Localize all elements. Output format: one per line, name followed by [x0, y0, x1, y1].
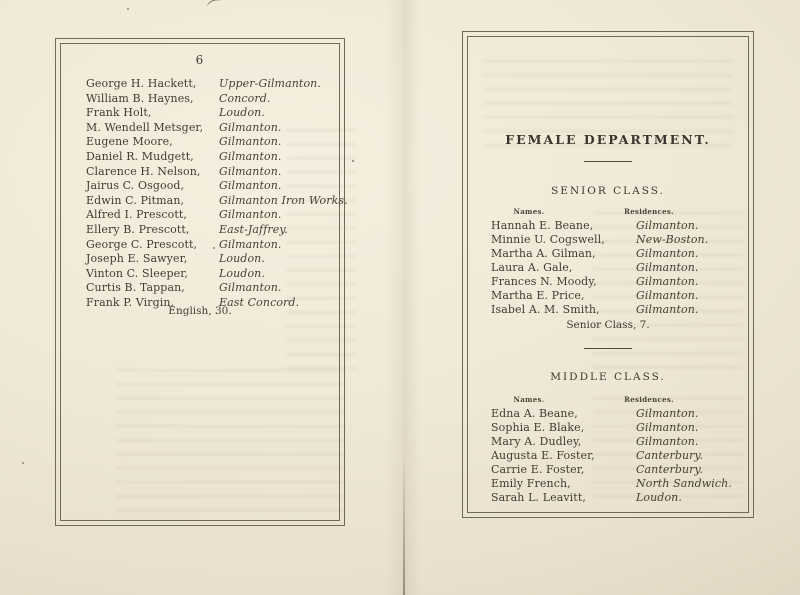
- student-name: Carrie E. Foster,: [491, 463, 636, 476]
- right-page: FEMALE DEPARTMENT. SENIOR CLASS. Names. …: [462, 31, 754, 518]
- student-row: Clarence H. Nelson,Gilmanton.: [56, 165, 344, 180]
- student-residence: Gilmanton.: [636, 275, 699, 288]
- student-residence: Gilmanton.: [219, 179, 282, 192]
- names-column-header: Names.: [489, 207, 569, 216]
- student-row: M. Wendell Metsger,Gilmanton.: [56, 121, 344, 136]
- student-name: Mary A. Dudley,: [491, 435, 636, 448]
- student-name: Minnie U. Cogswell,: [491, 233, 636, 246]
- student-row: George C. Prescott,Gilmanton.: [56, 238, 344, 253]
- student-row: Edwin C. Pitman,Gilmanton Iron Works.: [56, 194, 344, 209]
- student-row: Emily French,North Sandwich.: [463, 477, 753, 491]
- senior-class-roster: Hannah E. Beane,Gilmanton. Minnie U. Cog…: [463, 219, 753, 317]
- middle-column-headers: Names. Residences.: [463, 395, 753, 405]
- middle-class-title: MIDDLE CLASS.: [463, 371, 753, 383]
- student-residence: Canterbury.: [636, 449, 703, 462]
- student-residence: Gilmanton.: [636, 261, 699, 274]
- student-name: Emily French,: [491, 477, 636, 490]
- student-residence: Gilmanton.: [636, 219, 699, 232]
- section-divider: [584, 348, 632, 349]
- student-residence: East-Jaffrey.: [219, 223, 288, 236]
- student-row: Joseph E. Sawyer,Loudon.: [56, 252, 344, 267]
- student-residence: Gilmanton.: [636, 247, 699, 260]
- left-page-roster: George H. Hackett,Upper-Gilmanton. Willi…: [56, 77, 344, 311]
- student-name: Frank Holt,: [86, 106, 219, 119]
- paper-speck: [352, 160, 354, 162]
- section-divider: [584, 161, 632, 162]
- student-residence: Gilmanton.: [219, 121, 282, 134]
- student-name: Alfred I. Prescott,: [86, 208, 219, 221]
- student-residence: Loudon.: [219, 252, 265, 265]
- student-residence: Gilmanton.: [219, 281, 282, 294]
- student-row: Eugene Moore,Gilmanton.: [56, 135, 344, 150]
- student-name: M. Wendell Metsger,: [86, 121, 219, 134]
- student-name: Daniel R. Mudgett,: [86, 150, 219, 163]
- student-residence: Gilmanton.: [219, 208, 282, 221]
- left-page: 6 George H. Hackett,Upper-Gilmanton. Wil…: [55, 38, 345, 526]
- student-row: Sophia E. Blake,Gilmanton.: [463, 421, 753, 435]
- student-row: Isabel A. M. Smith,Gilmanton.: [463, 303, 753, 317]
- paper-speck: [22, 462, 24, 464]
- student-name: Jairus C. Osgood,: [86, 179, 219, 192]
- student-residence: Gilmanton.: [636, 421, 699, 434]
- student-residence: Loudon.: [636, 491, 682, 504]
- student-row: Hannah E. Beane,Gilmanton.: [463, 219, 753, 233]
- student-row: Ellery B. Prescott,East-Jaffrey.: [56, 223, 344, 238]
- student-residence: Gilmanton.: [219, 238, 282, 251]
- student-name: Frances N. Moody,: [491, 275, 636, 288]
- student-name: Joseph E. Sawyer,: [86, 252, 219, 265]
- student-name: Ellery B. Prescott,: [86, 223, 219, 236]
- student-name: Eugene Moore,: [86, 135, 219, 148]
- student-row: George H. Hackett,Upper-Gilmanton.: [56, 77, 344, 92]
- student-row: Frank Holt,Loudon.: [56, 106, 344, 121]
- student-residence: Gilmanton.: [636, 303, 699, 316]
- student-name: Edna A. Beane,: [491, 407, 636, 420]
- student-name: George H. Hackett,: [86, 77, 219, 90]
- student-name: George C. Prescott,: [86, 238, 219, 251]
- senior-class-title: SENIOR CLASS.: [463, 185, 753, 197]
- student-residence: Canterbury.: [636, 463, 703, 476]
- senior-column-headers: Names. Residences.: [463, 207, 753, 217]
- student-row: Carrie E. Foster,Canterbury.: [463, 463, 753, 477]
- student-row: Minnie U. Cogswell,New-Boston.: [463, 233, 753, 247]
- student-residence: North Sandwich.: [636, 477, 732, 490]
- student-name: Edwin C. Pitman,: [86, 194, 219, 207]
- student-row: Frances N. Moody,Gilmanton.: [463, 275, 753, 289]
- student-residence: Gilmanton.: [219, 165, 282, 178]
- student-residence: Loudon.: [219, 106, 265, 119]
- student-row: Martha E. Price,Gilmanton.: [463, 289, 753, 303]
- senior-class-total-label: Senior Class, 7.: [463, 319, 753, 331]
- book-scan: 6 George H. Hackett,Upper-Gilmanton. Wil…: [0, 0, 800, 595]
- student-row: Martha A. Gilman,Gilmanton.: [463, 247, 753, 261]
- student-row: Jairus C. Osgood,Gilmanton.: [56, 179, 344, 194]
- department-title: FEMALE DEPARTMENT.: [463, 132, 753, 147]
- student-name: Augusta E. Foster,: [491, 449, 636, 462]
- student-name: Martha A. Gilman,: [491, 247, 636, 260]
- student-name: Hannah E. Beane,: [491, 219, 636, 232]
- student-residence: Gilmanton.: [636, 407, 699, 420]
- student-residence: Concord.: [219, 92, 271, 105]
- student-row: Mary A. Dudley,Gilmanton.: [463, 435, 753, 449]
- student-residence: Gilmanton.: [636, 289, 699, 302]
- student-name: Isabel A. M. Smith,: [491, 303, 636, 316]
- middle-class-roster: Edna A. Beane,Gilmanton. Sophia E. Blake…: [463, 407, 753, 505]
- student-name: Curtis B. Tappan,: [86, 281, 219, 294]
- names-column-header: Names.: [489, 395, 569, 404]
- student-residence: Gilmanton Iron Works.: [219, 194, 348, 207]
- student-row: Alfred I. Prescott,Gilmanton.: [56, 208, 344, 223]
- paper-speck: [127, 8, 129, 10]
- student-residence: Gilmanton.: [636, 435, 699, 448]
- residences-column-header: Residences.: [609, 395, 689, 404]
- student-row: Vinton C. Sleeper,Loudon.: [56, 267, 344, 282]
- student-name: Martha E. Price,: [491, 289, 636, 302]
- student-name: William B. Haynes,: [86, 92, 219, 105]
- student-name: Vinton C. Sleeper,: [86, 267, 219, 280]
- student-name: Clarence H. Nelson,: [86, 165, 219, 178]
- student-row: William B. Haynes,Concord.: [56, 92, 344, 107]
- student-row: Edna A. Beane,Gilmanton.: [463, 407, 753, 421]
- residences-column-header: Residences.: [609, 207, 689, 216]
- student-residence: New-Boston.: [636, 233, 708, 246]
- student-row: Laura A. Gale,Gilmanton.: [463, 261, 753, 275]
- student-name: Sarah L. Leavitt,: [491, 491, 636, 504]
- page-number: 6: [56, 53, 344, 67]
- student-row: Sarah L. Leavitt,Loudon.: [463, 491, 753, 505]
- pen-mark: [206, 0, 222, 11]
- student-row: Augusta E. Foster,Canterbury.: [463, 449, 753, 463]
- student-residence: Gilmanton.: [219, 150, 282, 163]
- student-name: Laura A. Gale,: [491, 261, 636, 274]
- english-total-label: English, 30.: [56, 305, 344, 317]
- student-residence: Loudon.: [219, 267, 265, 280]
- gutter-crease-line: [403, 455, 405, 595]
- student-row: Curtis B. Tappan,Gilmanton.: [56, 281, 344, 296]
- student-residence: Upper-Gilmanton.: [219, 77, 321, 90]
- student-residence: Gilmanton.: [219, 135, 282, 148]
- student-name: Sophia E. Blake,: [491, 421, 636, 434]
- student-row: Daniel R. Mudgett,Gilmanton.: [56, 150, 344, 165]
